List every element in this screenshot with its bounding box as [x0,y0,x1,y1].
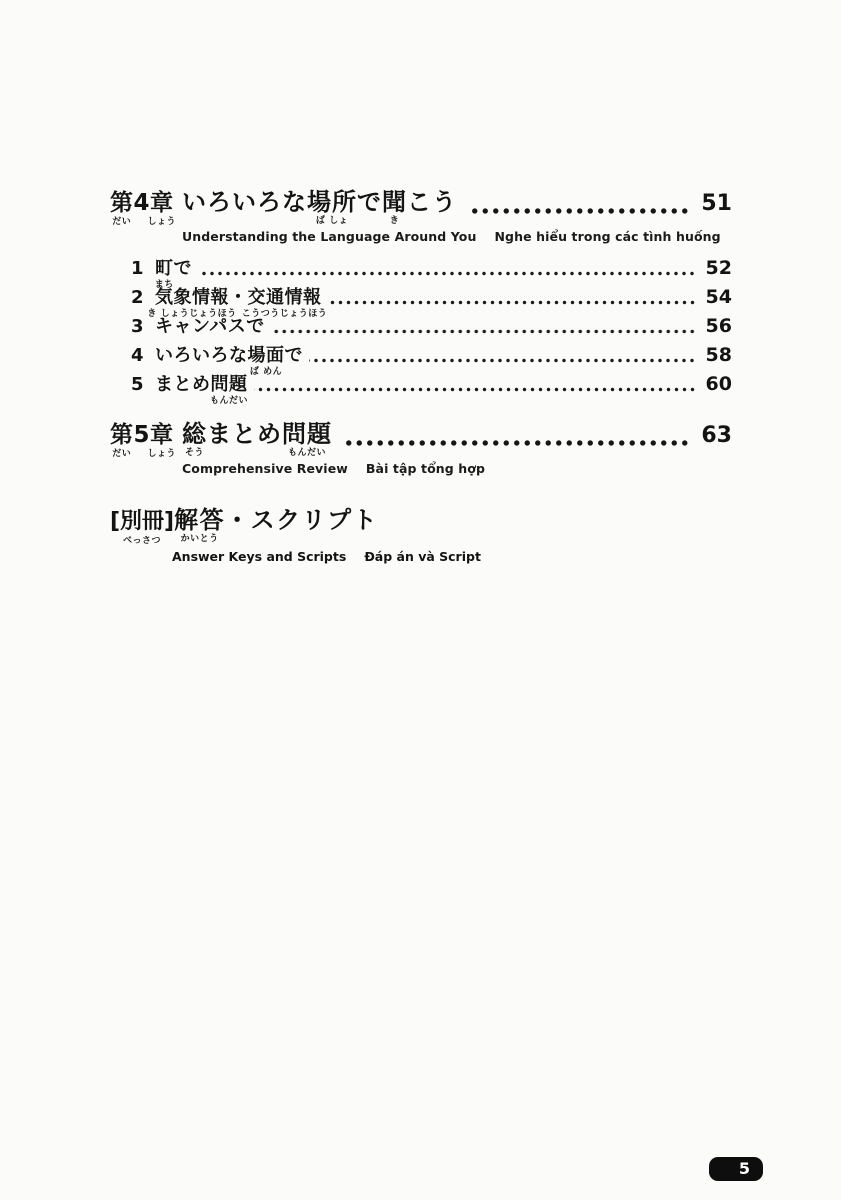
page-number: 5 [739,1159,750,1178]
chapter-5-section: 第だい5章しょう 総そうまとめ問題もんだい 63 Comprehensive R… [110,420,732,476]
ruby-segment: スクリプト [251,506,379,534]
furigana: そう [185,449,204,458]
item-number: 5 [131,373,155,396]
chapter-subtitle-en: Comprehensive Review [182,461,348,476]
ruby-segment: 章しょう [150,421,174,449]
dot-leader [342,440,690,446]
appendix-section: [別冊]べっさつ 解答かいとう・スクリプト Answer Keys and Sc… [110,506,732,564]
ruby-segment: まとめ [155,373,211,396]
chapter-subtitle-vi: Nghe hiểu trong các tình huống [495,229,721,244]
chapter-title: いろいろな場所ば しょで聞きこう [182,188,457,216]
furigana: ば しょ [316,217,348,226]
item-page-number: 60 [698,373,732,396]
appendix-heading-row: [別冊]べっさつ 解答かいとう・スクリプト [110,506,732,536]
item-number: 4 [131,344,155,367]
ruby-segment: いろいろな [155,344,248,367]
ruby-segment: 町まち [155,257,174,280]
ruby-segment: まとめ [207,420,282,448]
furigana: しょう [148,450,177,459]
chapter-label: 第だい5章しょう [110,421,182,449]
chapter-subtitle-vi: Bài tập tổng hợp [366,461,485,476]
ruby-segment: 交通情報こうつうじょうほう [248,286,322,309]
ruby-segment: 問題もんだい [282,420,332,448]
ruby-segment: こう [407,188,457,216]
ruby-segment: 4 [134,189,151,217]
item-title: まとめ問題もんだい [155,373,248,396]
chapter-heading-row: 第だい5章しょう 総そうまとめ問題もんだい 63 [110,420,732,450]
ruby-segment: キャンパスで [155,315,265,338]
toc-item: 5 まとめ問題もんだい 60 [110,373,732,396]
chapter-subtitle: Comprehensive ReviewBài tập tổng hợp [182,461,732,476]
toc-item: 3 キャンパスで 56 [110,315,732,338]
furigana: き [390,217,400,226]
furigana: かいとう [181,535,219,544]
ruby-segment: 総そう [182,420,207,448]
item-page-number: 56 [698,315,732,338]
ruby-segment: 問題もんだい [211,373,248,396]
item-number: 1 [131,257,155,280]
furigana: ば めん [250,368,282,377]
ruby-segment: ・ [229,286,248,309]
toc-item: 2 気象情報き しょうじょうほう・交通情報こうつうじょうほう 54 [110,286,732,309]
item-title: キャンパスで [155,315,265,338]
toc-item: 4 いろいろな場面ば めんで 58 [110,344,732,367]
chapter-subtitle-en: Understanding the Language Around You [182,229,477,244]
ruby-segment: ・ [225,506,251,534]
dot-leader [254,387,697,392]
dot-leader [309,358,696,363]
ruby-segment: いろいろな [182,188,307,216]
chapter-title: 総そうまとめ問題もんだい [182,420,332,448]
chapter-4-section: 第だい4章しょう いろいろな場所ば しょで聞きこう 51 Understandi… [110,188,732,402]
item-title: いろいろな場面ば めんで [155,344,303,367]
ruby-segment: 章しょう [150,189,174,217]
appendix-subtitle: Answer Keys and ScriptsĐáp án và Script [172,549,732,564]
ruby-segment: 場面ば めん [248,344,285,367]
furigana: もんだい [210,397,248,406]
furigana: もんだい [288,449,326,458]
chapter-heading-row: 第だい4章しょう いろいろな場所ば しょで聞きこう 51 [110,188,732,218]
page-number-badge: 5 [709,1157,763,1181]
ruby-segment: 第だい [110,189,134,217]
toc-page: 第だい4章しょう いろいろな場所ば しょで聞きこう 51 Understandi… [0,0,841,1200]
toc-item: 1 町まちで 52 [110,257,732,280]
item-page-number: 58 [698,344,732,367]
ruby-segment: [別冊]べっさつ [110,508,174,536]
item-page-number: 52 [698,257,732,280]
furigana: だい [112,450,131,459]
ruby-segment: 解答かいとう [174,506,225,534]
ruby-segment: 5 [134,421,151,449]
chapter-page-number: 63 [698,422,732,450]
ruby-segment: で [174,257,193,280]
appendix-subtitle-vi: Đáp án và Script [364,549,481,564]
dot-leader [467,208,690,214]
appendix-subtitle-en: Answer Keys and Scripts [172,549,346,564]
ruby-segment: 場所ば しょ [307,188,357,216]
dot-leader [328,300,697,305]
ruby-segment: で [285,344,304,367]
item-title: 町まちで [155,257,192,280]
ruby-segment: 第だい [110,421,134,449]
item-title: 気象情報き しょうじょうほう・交通情報こうつうじょうほう [155,286,322,309]
ruby-segment: で [357,188,382,216]
ruby-segment: 聞き [382,188,407,216]
dot-leader [198,271,696,276]
chapter-page-number: 51 [698,190,732,218]
chapter-subtitle: Understanding the Language Around YouNgh… [182,229,732,244]
furigana: べっさつ [123,537,161,546]
chapter-label: 第だい4章しょう [110,189,182,217]
item-page-number: 54 [698,286,732,309]
appendix-title: 解答かいとう・スクリプト [174,506,378,534]
chapter-items: 1 町まちで 52 2 気象情報き しょうじょうほう・交通情報こうつうじょうほう… [110,257,732,396]
furigana: だい [112,218,131,227]
ruby-segment: 気象情報き しょうじょうほう [155,286,229,309]
appendix-label: [別冊]べっさつ [110,508,174,536]
dot-leader [271,329,696,334]
item-number: 2 [131,286,155,309]
furigana: しょう [148,218,177,227]
